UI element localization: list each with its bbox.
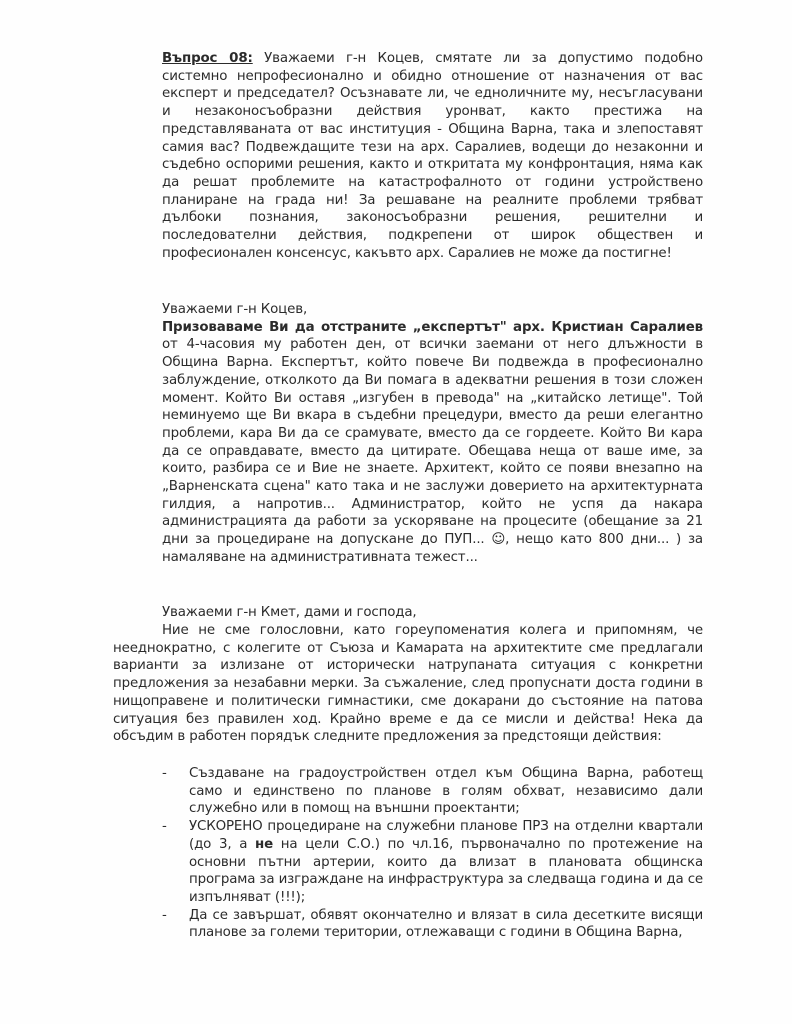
appeal-body: от 4-часовия му работен ден, от всички з…: [162, 337, 703, 564]
address-salutation: Уважаеми г-н Кмет, дами и господа,: [162, 604, 703, 622]
appeal-salutation: Уважаеми г-н Коцев,: [162, 301, 703, 319]
proposal-text: Да се завършат, обявят окончателно и вля…: [189, 908, 703, 941]
appeal-bold-lead: Призоваваме Ви да отстраните „експертът"…: [162, 320, 703, 335]
proposal-item: - Да се завършат, обявят окончателно и в…: [162, 907, 703, 942]
question-08-paragraph: Въпрос 08: Уважаеми г-н Коцев, смятате л…: [162, 50, 703, 262]
proposal-emphasis: не: [255, 837, 273, 852]
proposals-list: - Създаване на градоустройствен отдел къ…: [162, 765, 703, 942]
question-body: Уважаеми г-н Коцев, смятате ли за допуст…: [162, 51, 703, 261]
address-salutation-block: Уважаеми г-н Кмет, дами и господа,: [162, 604, 703, 622]
dash-bullet-icon: -: [162, 907, 167, 925]
proposal-item: - Създаване на градоустройствен отдел къ…: [162, 765, 703, 818]
document-page: Въпрос 08: Уважаеми г-н Коцев, смятате л…: [0, 0, 792, 1024]
address-body: Ние не сме голословни, като гореупоменат…: [113, 623, 703, 744]
dash-bullet-icon: -: [162, 818, 167, 836]
appeal-paragraph: Призоваваме Ви да отстраните „експертът"…: [162, 319, 703, 567]
question-label: Въпрос 08:: [162, 51, 253, 66]
proposal-item: - УСКОРЕНО процедиране на служебни плано…: [162, 818, 703, 907]
address-paragraph: Ние не сме голословни, като гореупоменат…: [113, 622, 703, 746]
appeal-section: Уважаеми г-н Коцев, Призоваваме Ви да от…: [162, 301, 703, 567]
question-08-text: Въпрос 08: Уважаеми г-н Коцев, смятате л…: [162, 50, 703, 262]
proposal-text: Създаване на градоустройствен отдел към …: [189, 766, 703, 816]
dash-bullet-icon: -: [162, 765, 167, 783]
